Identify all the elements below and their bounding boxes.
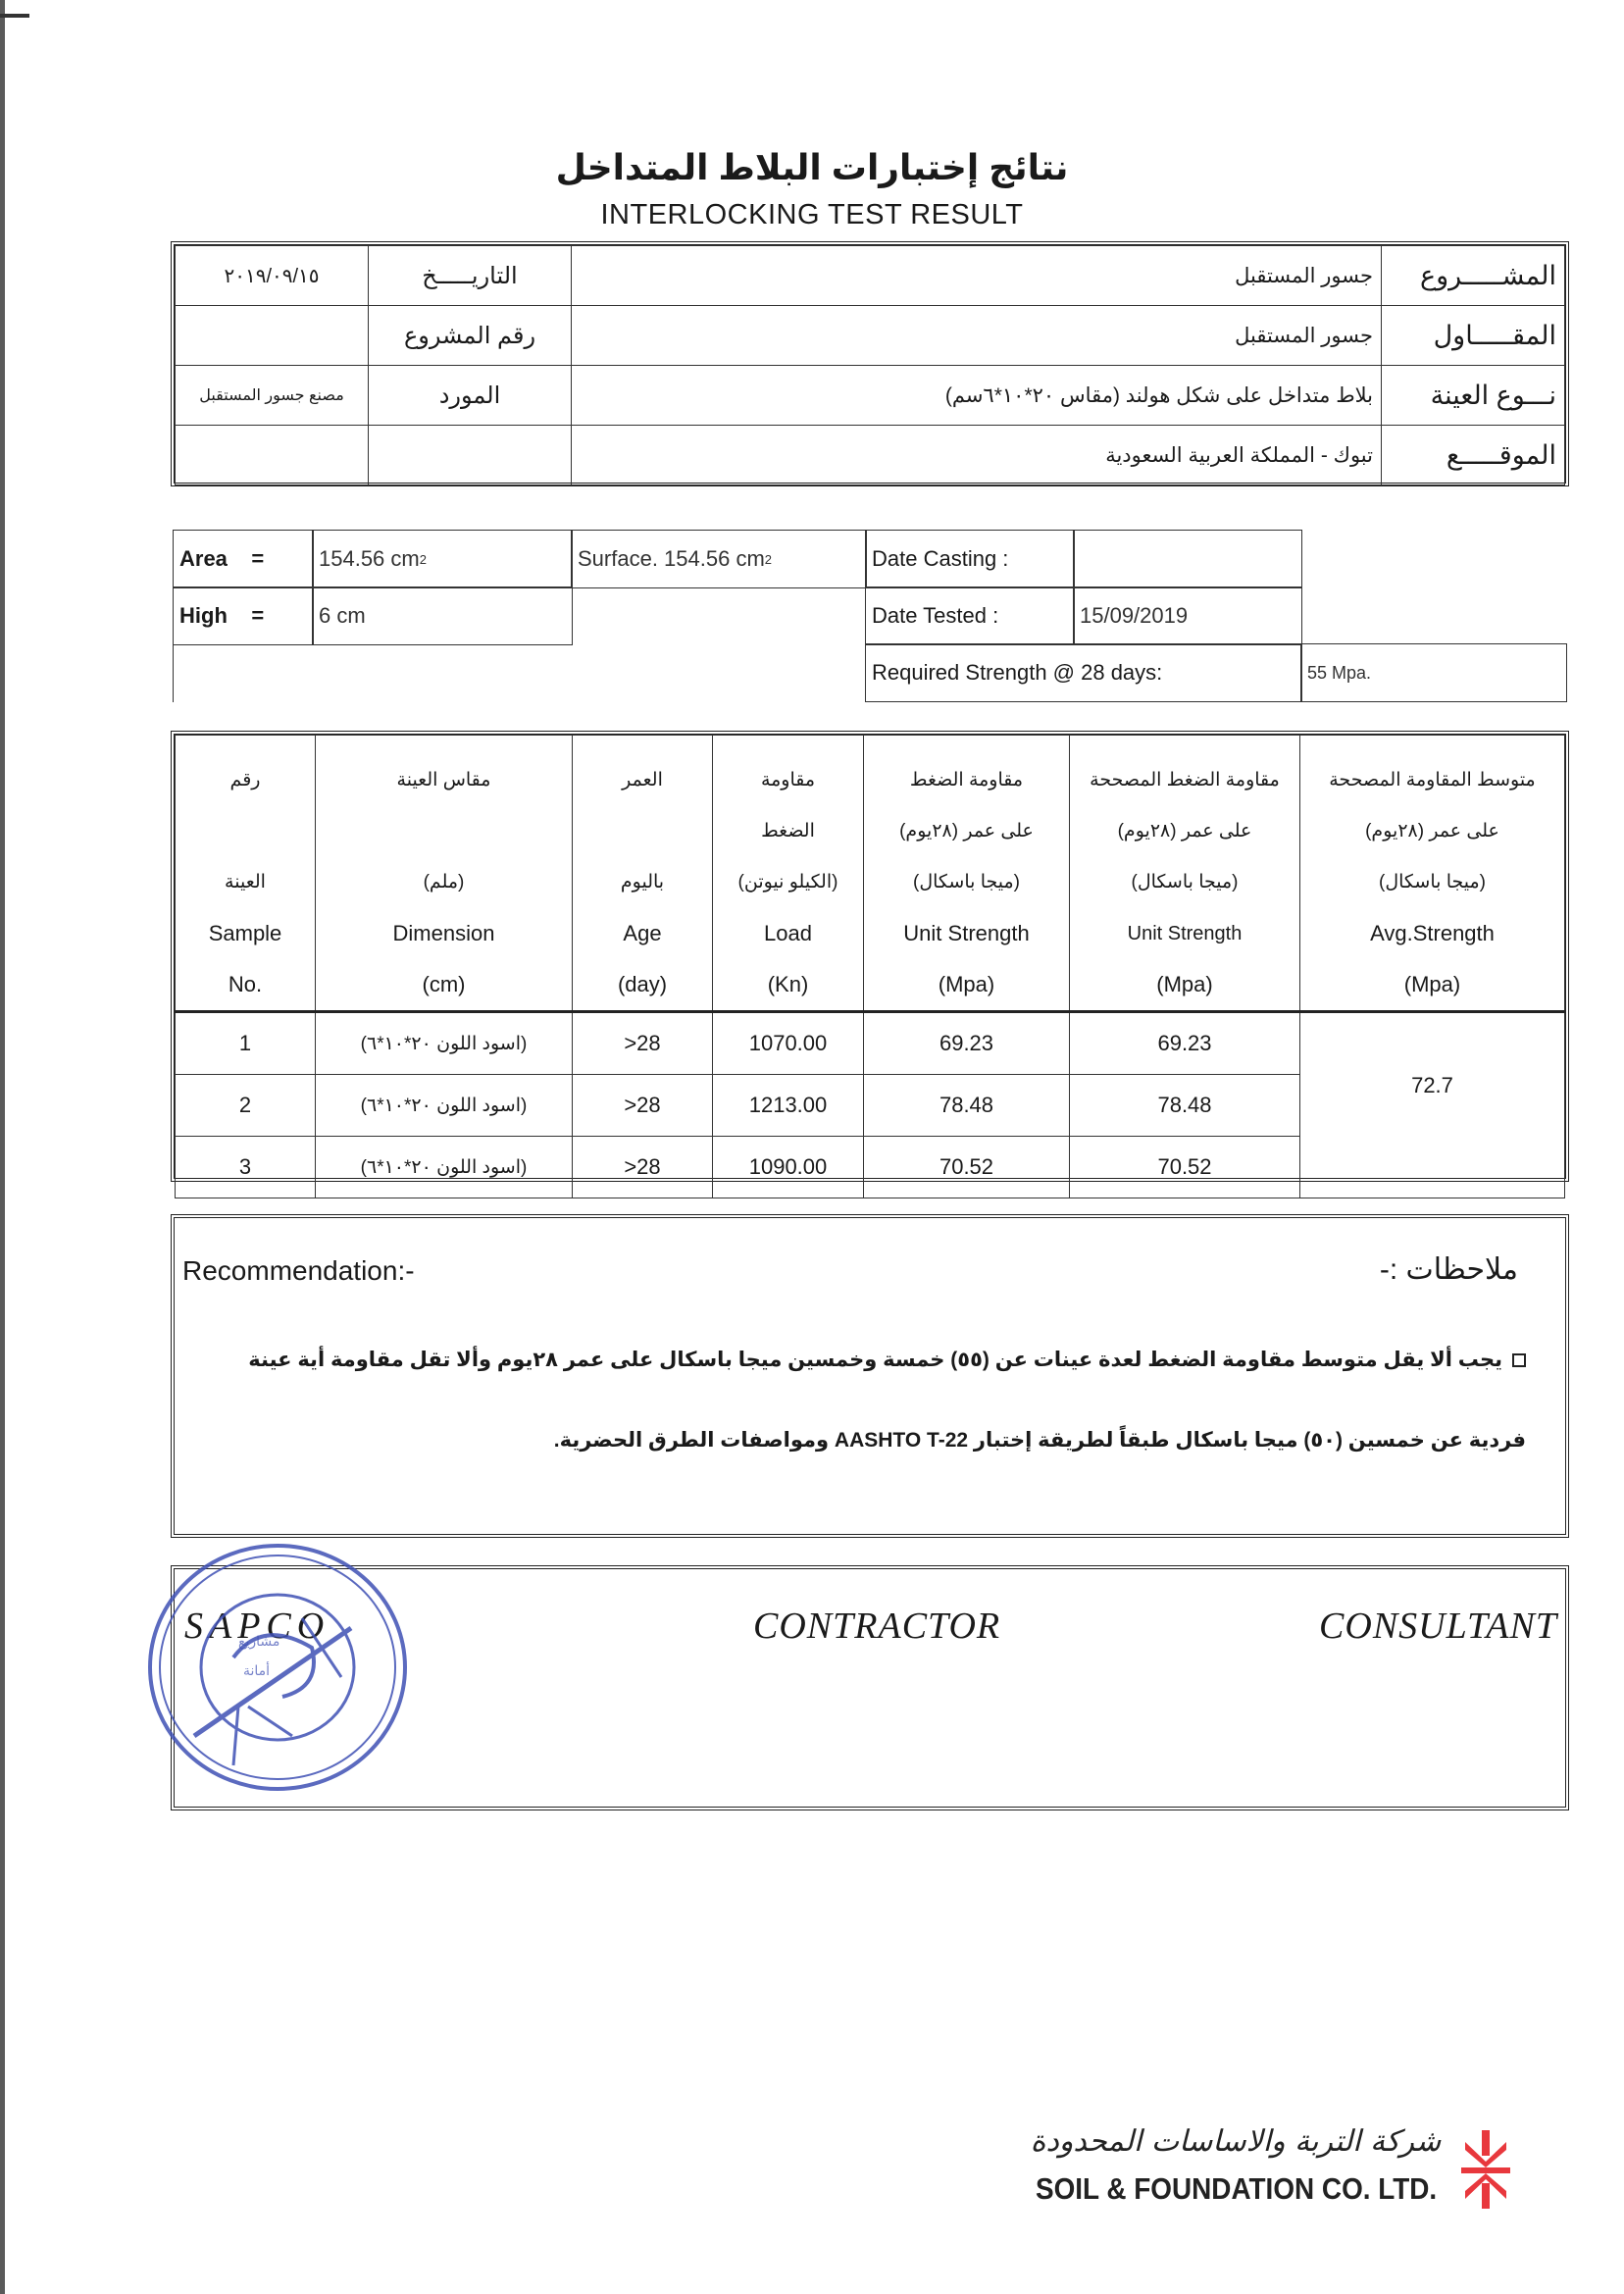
recommendation-label-en: Recommendation:- xyxy=(182,1255,415,1287)
info-row-sample-type: مصنع جسور المستقبل المورد بلاط متداخل عل… xyxy=(176,366,1565,426)
avg-strength: 72.7 xyxy=(1300,1012,1565,1198)
recommendation-line-2: فردية عن خمسين (٥٠) ميجا باسكال طبقاً لط… xyxy=(554,1428,1526,1453)
dimension: (اسود اللون ٢٠*١٠*٦) xyxy=(316,1137,573,1198)
project-number-value xyxy=(176,306,369,366)
location-value: تبوك - المملكة العربية السعودية xyxy=(572,426,1382,485)
consultant-label: CONSULTANT xyxy=(1319,1605,1557,1648)
required-strength-value: 55 Mpa. xyxy=(1300,643,1567,702)
col-header-unit-strength: مقاومة الضغطعلى عمر (٢٨يوم) (ميجا باسكال… xyxy=(864,736,1070,1012)
compression-arrows-logo-icon xyxy=(1461,2130,1510,2209)
supplier-label: المورد xyxy=(369,366,572,426)
col-header-dimension: مقاس العينة (ملم)Dimension(cm) xyxy=(316,736,573,1012)
high-label: High = xyxy=(173,586,314,645)
col-header-avg-strength: متوسط المقاومة المصححةعلى عمر (٢٨يوم) (م… xyxy=(1300,736,1565,1012)
date-label: التاريـــــخ xyxy=(369,246,572,306)
area-value: 154.56 cm2 xyxy=(312,530,573,588)
sample-type-label: نـــوع العينة xyxy=(1382,366,1565,426)
project-label: المشـــــروع xyxy=(1382,246,1565,306)
location-label: الموقـــــع xyxy=(1382,426,1565,485)
age: >28 xyxy=(573,1012,713,1075)
info-row-location: تبوك - المملكة العربية السعودية الموقـــ… xyxy=(176,426,1565,485)
recommendation-line-1: يجب ألا يقل متوسط مقاومة الضغط لعدة عينا… xyxy=(248,1348,1526,1372)
load: 1070.00 xyxy=(713,1012,864,1075)
area-label: Area = xyxy=(173,530,314,588)
company-stamp-icon: مشاريع أمانة xyxy=(145,1540,410,1795)
date-value: ٢٠١٩/٠٩/١٥ xyxy=(176,246,369,306)
supplier-value: مصنع جسور المستقبل xyxy=(176,366,369,426)
recommendation-label-ar: ملاحظات :- xyxy=(1380,1252,1518,1287)
info-row-project: ٢٠١٩/٠٩/١٥ التاريـــــخ جسور المستقبل ال… xyxy=(176,246,1565,306)
dimension: (اسود اللون ٢٠*١٠*٦) xyxy=(316,1075,573,1137)
recommendation-box: Recommendation:- ملاحظات :- يجب ألا يقل … xyxy=(171,1214,1569,1538)
required-strength-label: Required Strength @ 28 days: xyxy=(865,643,1302,702)
project-number-label: رقم المشروع xyxy=(369,306,572,366)
date-casting-value xyxy=(1073,530,1302,588)
high-value: 6 cm xyxy=(312,586,573,645)
svg-text:أمانة: أمانة xyxy=(243,1661,270,1678)
corrected-strength: 78.48 xyxy=(1070,1075,1300,1137)
load: 1090.00 xyxy=(713,1137,864,1198)
age: >28 xyxy=(573,1075,713,1137)
col-header-load: مقاومةالضغط (الكيلو نيوتن)Load(Kn) xyxy=(713,736,864,1012)
surface-value: Surface. 154.56 cm2 xyxy=(571,530,867,588)
corrected-strength: 69.23 xyxy=(1070,1012,1300,1075)
sample-no: 3 xyxy=(176,1137,316,1198)
sample-no: 2 xyxy=(176,1075,316,1137)
age: >28 xyxy=(573,1137,713,1198)
sample-no: 1 xyxy=(176,1012,316,1075)
title-arabic: نتائج إختبارات البلاط المتداخل xyxy=(0,147,1624,188)
unit-strength: 70.52 xyxy=(864,1137,1070,1198)
contractor-label: CONTRACTOR xyxy=(753,1605,1000,1648)
scan-edge-tick xyxy=(0,14,29,18)
date-tested-label: Date Tested : xyxy=(865,586,1075,645)
project-info-table: ٢٠١٩/٠٩/١٥ التاريـــــخ جسور المستقبل ال… xyxy=(171,241,1569,486)
col-header-corrected-strength: مقاومة الضغط المصححةعلى عمر (٢٨يوم) (ميج… xyxy=(1070,736,1300,1012)
company-name-ar: شركة التربة والاساسات المحدودة xyxy=(1030,2124,1442,2159)
date-tested-value: 15/09/2019 xyxy=(1073,586,1302,645)
project-value: جسور المستقبل xyxy=(572,246,1382,306)
info-row-contractor: رقم المشروع جسور المستقبل المقـــــاول xyxy=(176,306,1565,366)
date-casting-label: Date Casting : xyxy=(865,530,1075,588)
unit-strength: 69.23 xyxy=(864,1012,1070,1075)
corrected-strength: 70.52 xyxy=(1070,1137,1300,1198)
table-row: 1 (اسود اللون ٢٠*١٠*٦) >28 1070.00 69.23… xyxy=(176,1012,1565,1075)
title-english: INTERLOCKING TEST RESULT xyxy=(0,199,1624,231)
empty-cell xyxy=(176,426,369,485)
scan-edge xyxy=(0,0,5,2294)
col-header-sample: رقم العينةSampleNo. xyxy=(176,736,316,1012)
bullet-icon xyxy=(1512,1353,1526,1367)
results-table: رقم العينةSampleNo. مقاس العينة (ملم)Dim… xyxy=(171,731,1569,1182)
contractor-label: المقـــــاول xyxy=(1382,306,1565,366)
col-header-age: العمر باليومAge(day) xyxy=(573,736,713,1012)
sample-type-value: بلاط متداخل على شكل هولند (مقاس ٢٠*١٠*٦س… xyxy=(572,366,1382,426)
results-header-row: رقم العينةSampleNo. مقاس العينة (ملم)Dim… xyxy=(176,736,1565,1012)
specs-blank xyxy=(173,643,867,702)
load: 1213.00 xyxy=(713,1075,864,1137)
dimension: (اسود اللون ٢٠*١٠*٦) xyxy=(316,1012,573,1075)
contractor-value: جسور المستقبل xyxy=(572,306,1382,366)
empty-cell xyxy=(369,426,572,485)
unit-strength: 78.48 xyxy=(864,1075,1070,1137)
stamp-text: مشاريع xyxy=(238,1633,279,1650)
company-name-en: SOIL & FOUNDATION CO. LTD. xyxy=(1036,2171,1437,2207)
